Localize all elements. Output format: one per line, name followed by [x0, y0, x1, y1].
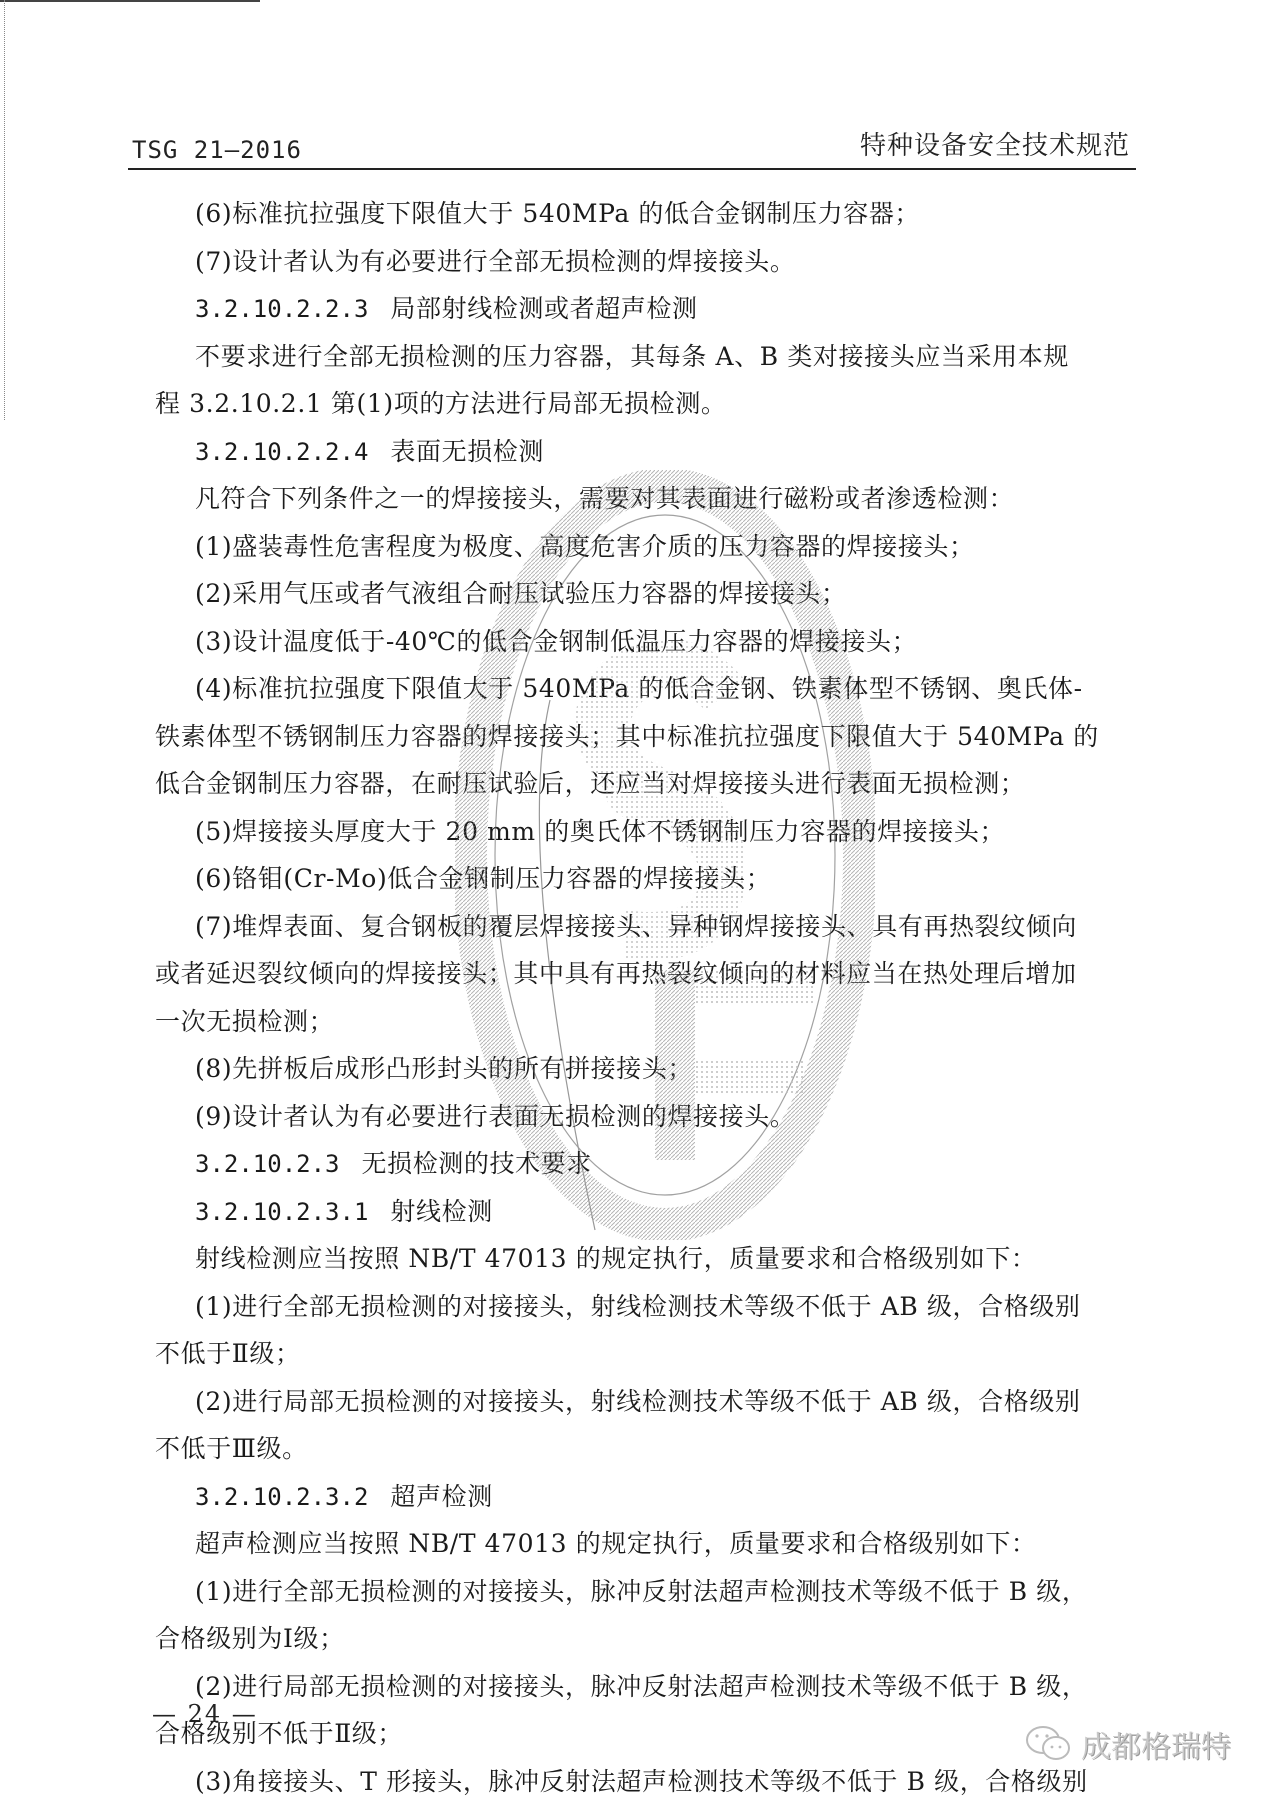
paragraph-line: (3)设计温度低于-40℃的低合金钢制低温压力容器的焊接接头； [155, 618, 1155, 666]
document-body: (6)标准抗拉强度下限值大于 540MPa 的低合金钢制压力容器；(7)设计者认… [155, 190, 1155, 1804]
line-text: 不要求进行全部无损检测的压力容器，其每条 A、B 类对接接头应当采用本规 [195, 342, 1069, 371]
line-text: 不低于Ⅲ级。 [155, 1434, 308, 1463]
paragraph-line: (9)设计者认为有必要进行表面无损检测的焊接接头。 [155, 1093, 1155, 1141]
line-text: (4)标准抗拉强度下限值大于 540MPa 的低合金钢、铁素体型不锈钢、奥氏体- [195, 674, 1083, 703]
paragraph-line: (7)设计者认为有必要进行全部无损检测的焊接接头。 [155, 238, 1155, 286]
line-text: (2)采用气压或者气液组合耐压试验压力容器的焊接接头； [195, 579, 847, 608]
paragraph-line: (1)盛装毒性危害程度为极度、高度危害介质的压力容器的焊接接头； [155, 523, 1155, 571]
line-text: 低合金钢制压力容器，在耐压试验后，还应当对焊接接头进行表面无损检测； [155, 769, 1025, 798]
line-text: (8)先拼板后成形凸形封头的所有拼接接头； [195, 1054, 693, 1083]
page-number: — 24 — [152, 1700, 258, 1728]
section-number: 3.2.10.2.2.3 [195, 295, 368, 323]
wechat-icon [1025, 1724, 1073, 1764]
line-text: (6)标准抗拉强度下限值大于 540MPa 的低合金钢制压力容器； [195, 199, 920, 228]
paragraph-line: (4)标准抗拉强度下限值大于 540MPa 的低合金钢、铁素体型不锈钢、奥氏体- [155, 665, 1155, 713]
line-text: 射线检测应当按照 NB/T 47013 的规定执行，质量要求和合格级别如下： [195, 1244, 1037, 1273]
watermark-text: 成都格瑞特 [1081, 1722, 1231, 1766]
section-title: 超声检测 [390, 1482, 492, 1511]
section-number: 3.2.10.2.3.1 [195, 1198, 368, 1226]
scan-top-edge [0, 0, 260, 2]
paragraph-line: 不要求进行全部无损检测的压力容器，其每条 A、B 类对接接头应当采用本规 [155, 333, 1155, 381]
paragraph-line: 合格级别不低于Ⅱ级； [155, 1710, 1155, 1758]
section-number: 3.2.10.2.2.4 [195, 438, 368, 466]
paragraph-line: (6)铬钼(Cr-Mo)低合金钢制压力容器的焊接接头； [155, 855, 1155, 903]
line-text: 合格级别为Ⅰ级； [155, 1624, 345, 1653]
line-text: (5)焊接接头厚度大于 20 mm 的奥氏体不锈钢制压力容器的焊接接头； [195, 817, 1005, 846]
paragraph-line: (3)角接接头、T 形接头，脉冲反射法超声检测技术等级不低于 B 级，合格级别 [155, 1758, 1155, 1804]
section-title: 局部射线检测或者超声检测 [390, 294, 697, 323]
paragraph-line: (7)堆焊表面、复合钢板的覆层焊接接头、异种钢焊接接头、具有再热裂纹倾向 [155, 903, 1155, 951]
paragraph-line: 超声检测应当按照 NB/T 47013 的规定执行，质量要求和合格级别如下： [155, 1520, 1155, 1568]
line-text: (7)设计者认为有必要进行全部无损检测的焊接接头。 [195, 247, 795, 276]
section-number: 3.2.10.2.3.2 [195, 1483, 368, 1511]
section-title: 表面无损检测 [390, 437, 544, 466]
wechat-account-watermark: 成都格瑞特 [1025, 1722, 1231, 1766]
paragraph-line: 一次无损检测； [155, 998, 1155, 1046]
paragraph-line: (2)进行局部无损检测的对接接头，射线检测技术等级不低于 AB 级，合格级别 [155, 1378, 1155, 1426]
line-text: (1)盛装毒性危害程度为极度、高度危害介质的压力容器的焊接接头； [195, 532, 975, 561]
scan-left-edge [4, 0, 7, 420]
section-title: 射线检测 [390, 1197, 492, 1226]
line-text: 程 3.2.10.2.1 第(1)项的方法进行局部无损检测。 [155, 389, 727, 418]
paragraph-line: 合格级别为Ⅰ级； [155, 1615, 1155, 1663]
section-title: 无损检测的技术要求 [362, 1149, 592, 1178]
paragraph-line: (6)标准抗拉强度下限值大于 540MPa 的低合金钢制压力容器； [155, 190, 1155, 238]
paragraph-line: (2)进行局部无损检测的对接接头，脉冲反射法超声检测技术等级不低于 B 级， [155, 1663, 1155, 1711]
line-text: (9)设计者认为有必要进行表面无损检测的焊接接头。 [195, 1102, 795, 1131]
paragraph-line: (5)焊接接头厚度大于 20 mm 的奥氏体不锈钢制压力容器的焊接接头； [155, 808, 1155, 856]
section-number: 3.2.10.2.3 [195, 1150, 340, 1178]
section-heading: 3.2.10.2.3.1射线检测 [155, 1188, 1155, 1236]
section-heading: 3.2.10.2.2.3局部射线检测或者超声检测 [155, 285, 1155, 333]
line-text: (1)进行全部无损检测的对接接头，脉冲反射法超声检测技术等级不低于 B 级， [195, 1577, 1087, 1606]
paragraph-line: (2)采用气压或者气液组合耐压试验压力容器的焊接接头； [155, 570, 1155, 618]
line-text: 凡符合下列条件之一的焊接接头，需要对其表面进行磁粉或者渗透检测： [195, 484, 1014, 513]
paragraph-line: 程 3.2.10.2.1 第(1)项的方法进行局部无损检测。 [155, 380, 1155, 428]
paragraph-line: 不低于Ⅲ级。 [155, 1425, 1155, 1473]
series-title: 特种设备安全技术规范 [860, 125, 1130, 162]
line-text: 超声检测应当按照 NB/T 47013 的规定执行，质量要求和合格级别如下： [195, 1529, 1037, 1558]
line-text: 一次无损检测； [155, 1007, 334, 1036]
section-heading: 3.2.10.2.3无损检测的技术要求 [155, 1140, 1155, 1188]
section-heading: 3.2.10.2.3.2超声检测 [155, 1473, 1155, 1521]
paragraph-line: 或者延迟裂纹倾向的焊接接头；其中具有再热裂纹倾向的材料应当在热处理后增加 [155, 950, 1155, 998]
paragraph-line: (1)进行全部无损检测的对接接头，射线检测技术等级不低于 AB 级，合格级别 [155, 1283, 1155, 1331]
line-text: (7)堆焊表面、复合钢板的覆层焊接接头、异种钢焊接接头、具有再热裂纹倾向 [195, 912, 1077, 941]
line-text: (6)铬钼(Cr-Mo)低合金钢制压力容器的焊接接头； [195, 864, 771, 893]
page-header: TSG 21—2016 特种设备安全技术规范 [128, 122, 1136, 170]
paragraph-line: 射线检测应当按照 NB/T 47013 的规定执行，质量要求和合格级别如下： [155, 1235, 1155, 1283]
paragraph-line: 低合金钢制压力容器，在耐压试验后，还应当对焊接接头进行表面无损检测； [155, 760, 1155, 808]
line-text: 或者延迟裂纹倾向的焊接接头；其中具有再热裂纹倾向的材料应当在热处理后增加 [155, 959, 1077, 988]
paragraph-line: 铁素体型不锈钢制压力容器的焊接接头；其中标准抗拉强度下限值大于 540MPa 的 [155, 713, 1155, 761]
section-heading: 3.2.10.2.2.4表面无损检测 [155, 428, 1155, 476]
line-text: (2)进行局部无损检测的对接接头，射线检测技术等级不低于 AB 级，合格级别 [195, 1387, 1081, 1416]
standard-code: TSG 21—2016 [132, 136, 302, 164]
paragraph-line: 凡符合下列条件之一的焊接接头，需要对其表面进行磁粉或者渗透检测： [155, 475, 1155, 523]
line-text: 铁素体型不锈钢制压力容器的焊接接头；其中标准抗拉强度下限值大于 540MPa 的 [155, 722, 1099, 751]
line-text: (3)设计温度低于-40℃的低合金钢制低温压力容器的焊接接头； [195, 627, 917, 656]
line-text: (2)进行局部无损检测的对接接头，脉冲反射法超声检测技术等级不低于 B 级， [195, 1672, 1087, 1701]
paragraph-line: 不低于Ⅱ级； [155, 1330, 1155, 1378]
line-text: (1)进行全部无损检测的对接接头，射线检测技术等级不低于 AB 级，合格级别 [195, 1292, 1081, 1321]
paragraph-line: (1)进行全部无损检测的对接接头，脉冲反射法超声检测技术等级不低于 B 级， [155, 1568, 1155, 1616]
paragraph-line: (8)先拼板后成形凸形封头的所有拼接接头； [155, 1045, 1155, 1093]
line-text: 不低于Ⅱ级； [155, 1339, 301, 1368]
line-text: (3)角接接头、T 形接头，脉冲反射法超声检测技术等级不低于 B 级，合格级别 [195, 1767, 1088, 1796]
